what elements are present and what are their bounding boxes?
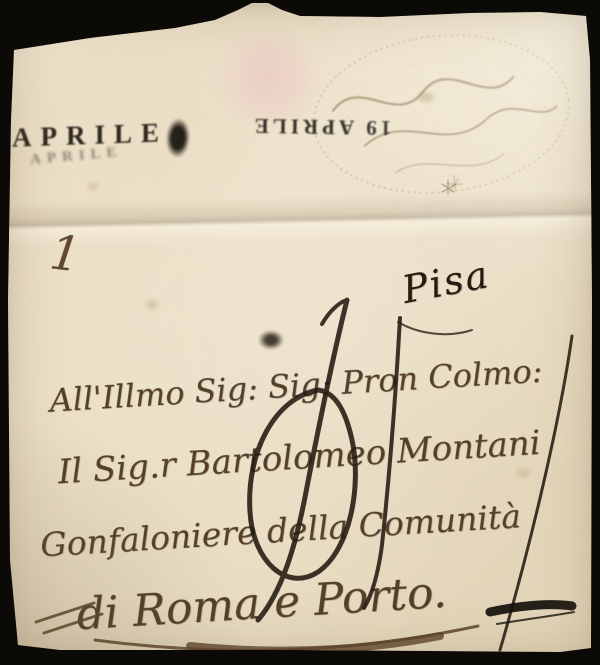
ink-blot [165, 117, 192, 159]
ink-smudge [258, 330, 284, 350]
foxing-spot [88, 182, 98, 190]
address-block: All'Illmo Sig: Sig: Pron Colmo: Il Sig.r… [28, 341, 600, 644]
fold-crease [0, 189, 600, 248]
letter-photo: APRILE APRILE 19 APRILE Pisa 1 All'Illmo… [0, 0, 600, 665]
foxing-spot [418, 92, 434, 102]
origin-mark-pisa: Pisa [399, 252, 494, 312]
letter-paper: APRILE APRILE 19 APRILE Pisa 1 All'Illmo… [0, 0, 600, 665]
foxing-spot [146, 300, 158, 309]
weight-mark: 1 [47, 224, 84, 283]
inverted-date-stamp: 19 APRILE [246, 113, 396, 141]
